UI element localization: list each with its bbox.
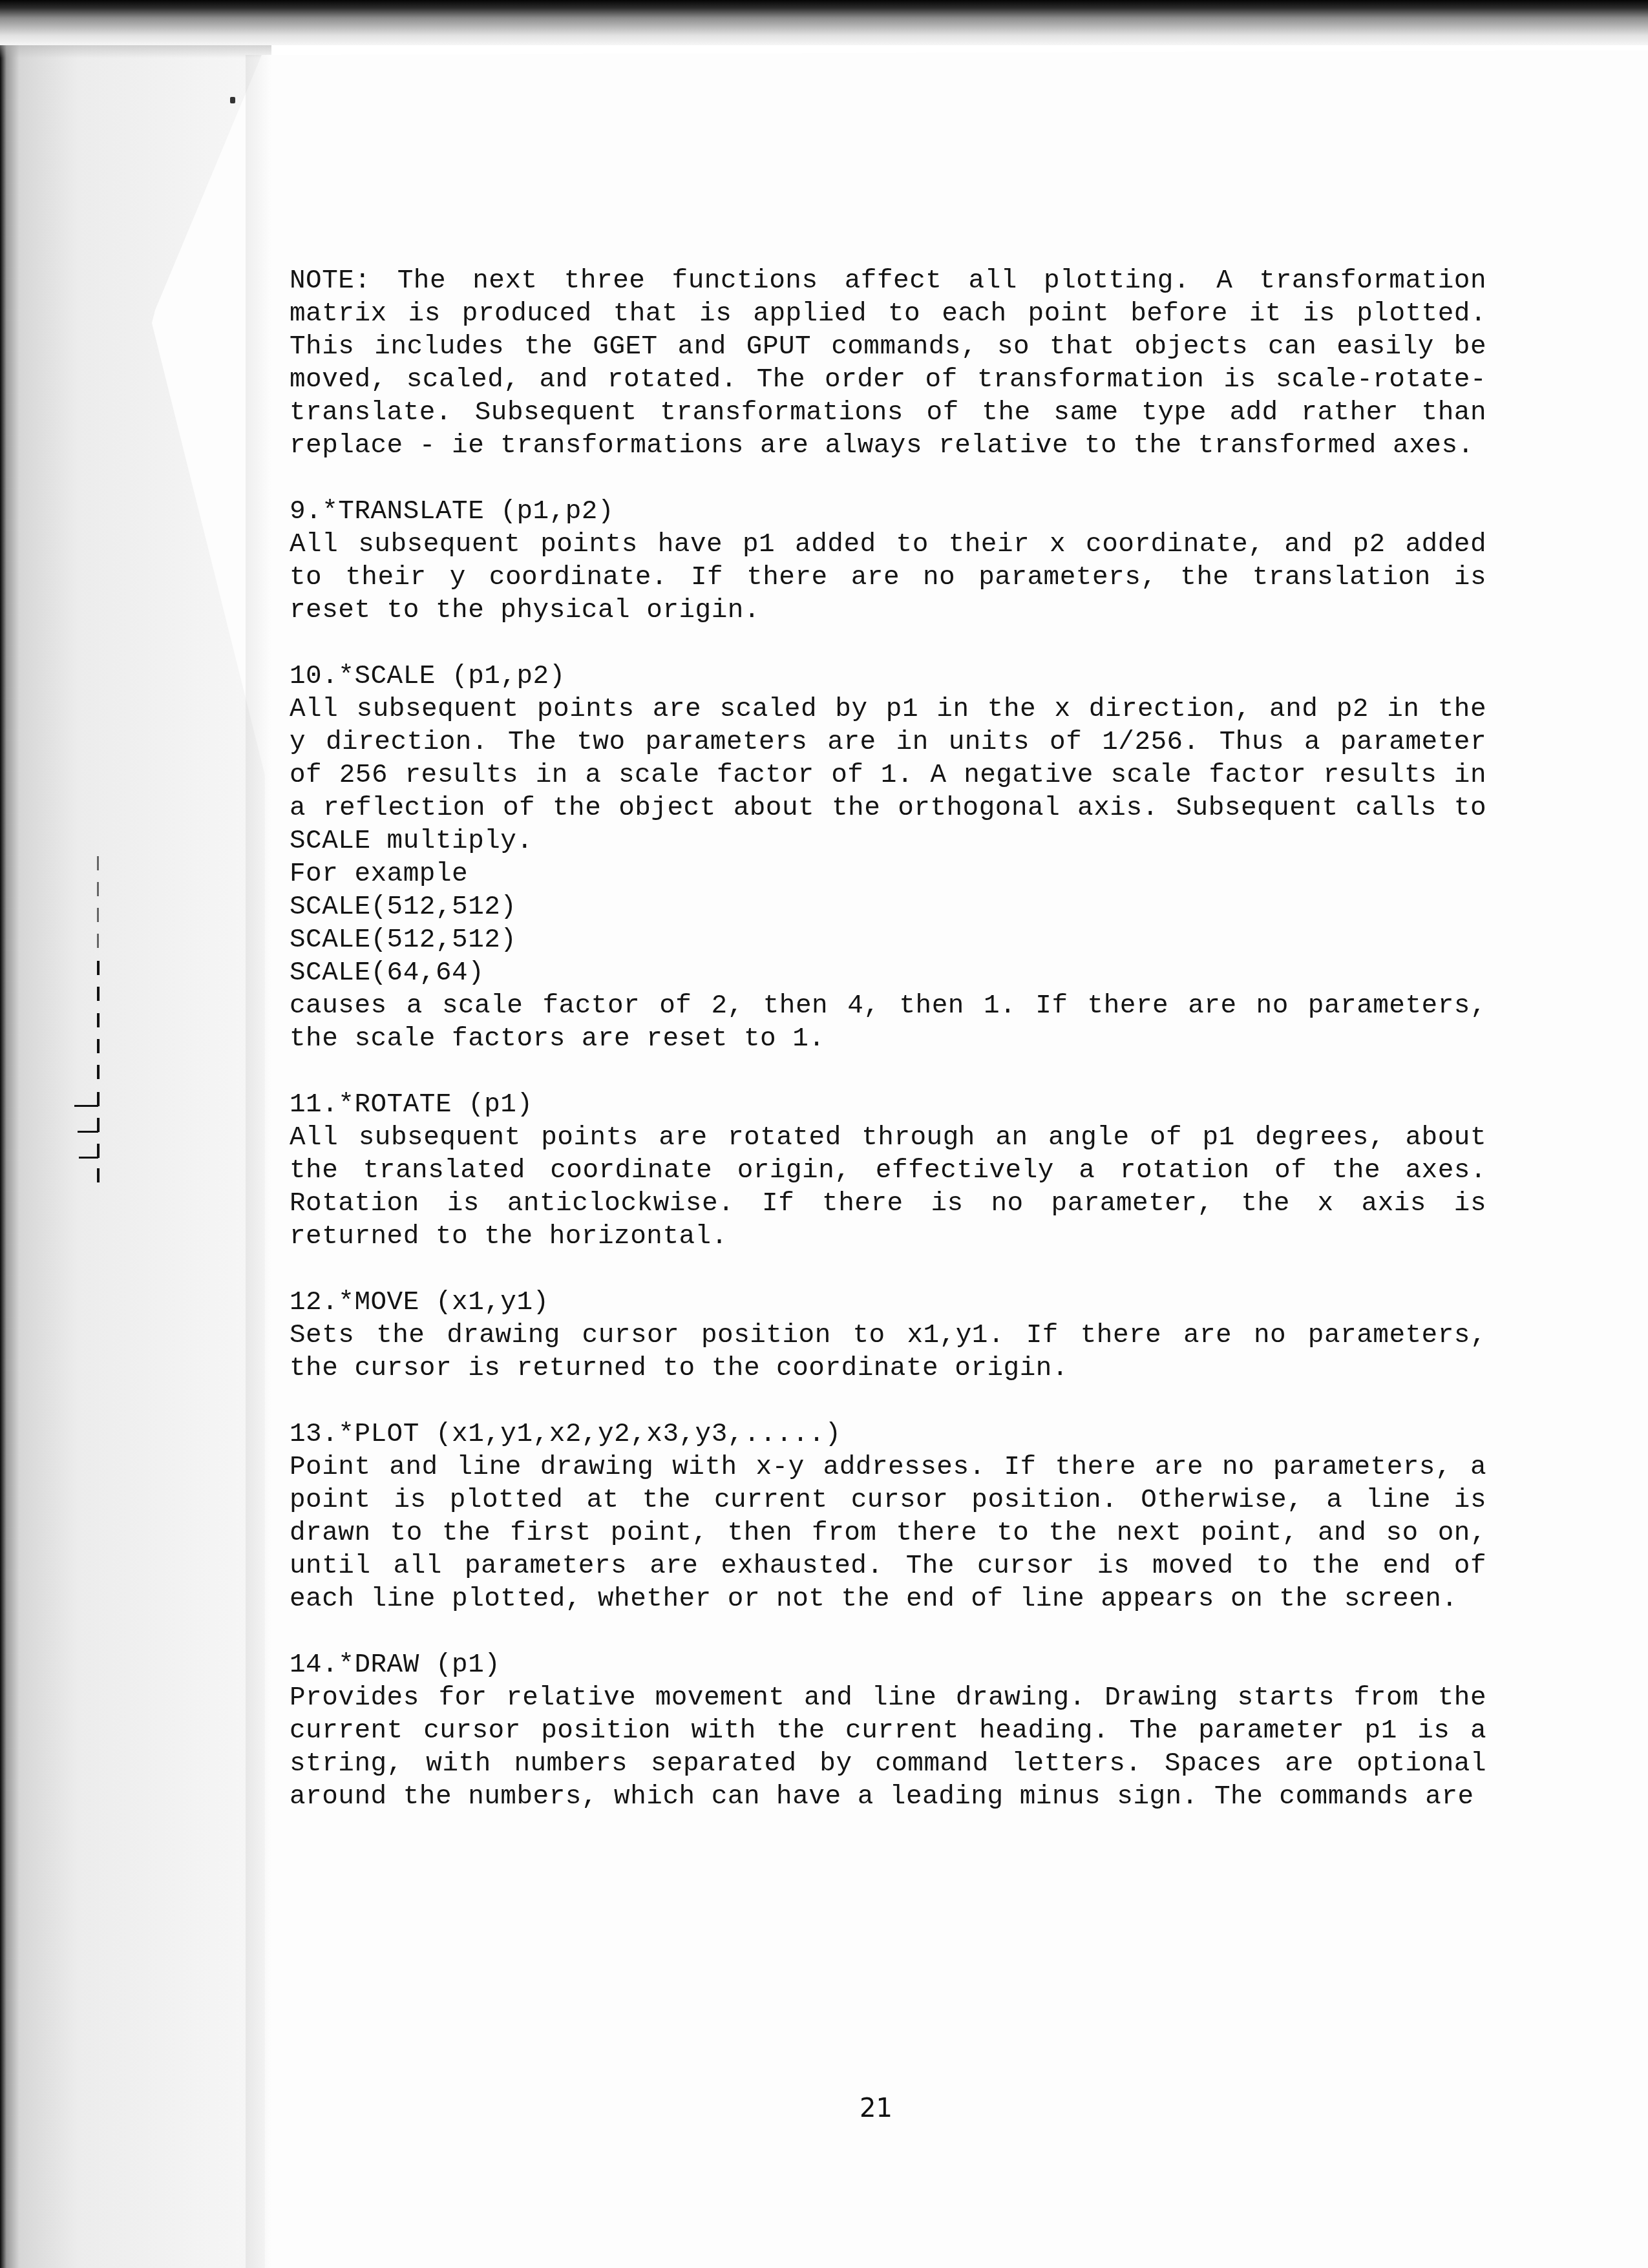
binding-mark [97, 908, 99, 922]
staple-mark [230, 97, 235, 103]
page-number: 21 [860, 2094, 893, 2123]
scanner-top-edge [0, 0, 1648, 45]
code-example-line: SCALE(64,64) [290, 957, 1486, 990]
binding-mark [97, 1144, 100, 1158]
document-body: NOTE: The next three functions affect al… [290, 265, 1486, 1814]
binding-mark [78, 1131, 98, 1133]
binding-mark [97, 1013, 100, 1027]
binding-mark [97, 1039, 100, 1053]
section-body-continued: causes a scale factor of 2, then 4, then… [290, 990, 1486, 1056]
section-body: All subsequent points have p1 added to t… [290, 529, 1486, 627]
code-example-line: SCALE(512,512) [290, 891, 1486, 924]
section-body: Point and line drawing with x-y addresse… [290, 1451, 1486, 1616]
section-move: 12.*MOVE (x1,y1) Sets the drawing cursor… [290, 1286, 1486, 1385]
page-edge-shadow [246, 55, 271, 2268]
binding-mark [79, 1157, 98, 1159]
section-heading: 9.*TRANSLATE (p1,p2) [290, 496, 1486, 529]
section-body: All subsequent points are rotated throug… [290, 1122, 1486, 1254]
section-body: Provides for relative movement and line … [290, 1682, 1486, 1814]
section-body: Sets the drawing cursor position to x1,y… [290, 1319, 1486, 1385]
binding-marks [97, 840, 116, 2268]
section-heading: 12.*MOVE (x1,y1) [290, 1286, 1486, 1319]
section-heading: 10.*SCALE (p1,p2) [290, 660, 1486, 693]
binding-mark [97, 1118, 100, 1132]
binding-mark [97, 1065, 100, 1079]
note-paragraph: NOTE: The next three functions affect al… [290, 265, 1486, 463]
section-scale: 10.*SCALE (p1,p2) All subsequent points … [290, 660, 1486, 1056]
binding-mark [74, 1105, 98, 1107]
binding-mark [97, 987, 100, 1001]
section-heading: 14.*DRAW (p1) [290, 1649, 1486, 1682]
binding-mark [97, 1168, 100, 1182]
section-translate: 9.*TRANSLATE (p1,p2) All subsequent poin… [290, 496, 1486, 627]
binding-mark [97, 1092, 100, 1106]
section-plot: 13.*PLOT (x1,y1,x2,y2,x3,y3,.....) Point… [290, 1418, 1486, 1616]
code-example-line: SCALE(512,512) [290, 924, 1486, 957]
section-draw: 14.*DRAW (p1) Provides for relative move… [290, 1649, 1486, 1814]
section-heading: 11.*ROTATE (p1) [290, 1089, 1486, 1122]
binding-mark [97, 882, 99, 896]
example-intro: For example [290, 858, 1486, 891]
binding-mark [97, 856, 99, 870]
binding-mark [97, 961, 100, 975]
section-body: All subsequent points are scaled by p1 i… [290, 693, 1486, 858]
section-rotate: 11.*ROTATE (p1) All subsequent points ar… [290, 1089, 1486, 1254]
section-heading: 13.*PLOT (x1,y1,x2,y2,x3,y3,.....) [290, 1418, 1486, 1451]
binding-mark [97, 934, 99, 948]
